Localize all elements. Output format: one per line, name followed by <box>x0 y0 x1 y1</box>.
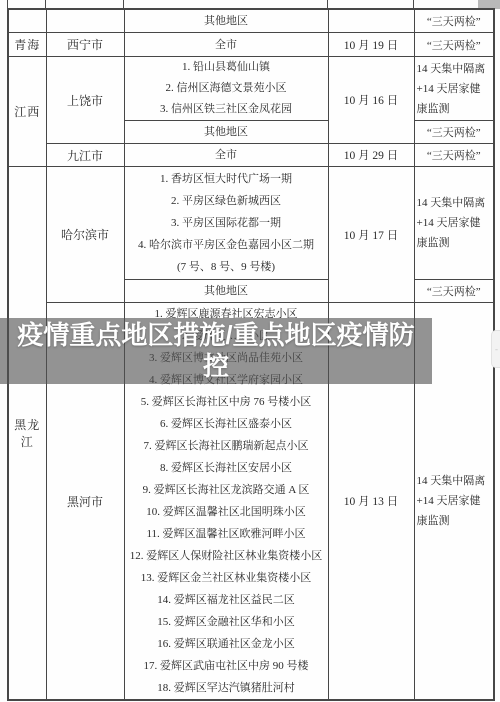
area-line: 4. 哈尔滨市平房区金色嘉园小区二期 <box>125 234 328 256</box>
measure-line: 康监测 <box>415 99 494 119</box>
cell-area: 其他地区 <box>124 280 328 303</box>
area-line: 15. 爱辉区金融社区华和小区 <box>125 611 328 633</box>
measure-line: +14 天居家健 <box>415 491 494 511</box>
area-line: 其他地区 <box>125 280 328 302</box>
cell-province <box>8 9 46 33</box>
cell-city: 九江市 <box>46 144 124 167</box>
table-row: 江西上饶市1. 铅山县葛仙山镇2. 信州区海德文景苑小区3. 信州区铁三社区金凤… <box>8 57 494 121</box>
measure-line: 康监测 <box>415 233 494 253</box>
cell-measure: “三天两检” <box>414 121 494 144</box>
cell-city: 西宁市 <box>46 33 124 57</box>
table-row: 九江市全市10 月 29 日“三天两检” <box>8 144 494 167</box>
area-line: 11. 爱辉区温馨社区欧雅河畔小区 <box>125 523 328 545</box>
page-title: 疫情重点地区措施/重点地区疫情防控 <box>9 320 423 382</box>
measure-line: 康监测 <box>415 511 494 531</box>
cell-area: 1. 铅山县葛仙山镇2. 信州区海德文景苑小区3. 信州区铁三社区金凤花园 <box>124 57 328 121</box>
measure-line: 14 天集中隔离 <box>415 193 494 213</box>
area-line: 12. 爱辉区人保财险社区林业集资楼小区 <box>125 545 328 567</box>
measure-line: +14 天居家健 <box>415 79 494 99</box>
area-line: 其他地区 <box>125 121 328 143</box>
area-line: 17. 爱辉区武庙屯社区中房 90 号楼 <box>125 655 328 677</box>
measure-line: +14 天居家健 <box>415 213 494 233</box>
cell-area: 全市 <box>124 33 328 57</box>
cell-province: 黑龙江 <box>8 167 46 701</box>
cell-date: 10 月 16 日 <box>328 57 414 144</box>
area-line: 8. 爱辉区长海社区安居小区 <box>125 457 328 479</box>
measure-line: 14 天集中隔离 <box>415 471 494 491</box>
area-line: 3. 信州区铁三社区金凤花园 <box>125 99 328 120</box>
area-line: 其他地区 <box>125 10 328 32</box>
cell-date <box>328 9 414 33</box>
document-page: 其他地区“三天两检”青海西宁市全市10 月 19 日“三天两检”江西上饶市1. … <box>0 0 500 702</box>
area-line: 全市 <box>125 144 328 166</box>
table-row: 黑龙江哈尔滨市1. 香坊区恒大时代广场一期2. 平房区绿色新城西区3. 平房区国… <box>8 167 494 280</box>
cell-city: 哈尔滨市 <box>46 167 124 303</box>
area-line: 1. 铅山县葛仙山镇 <box>125 57 328 78</box>
area-line: 13. 爱辉区金兰社区林业集资楼小区 <box>125 567 328 589</box>
area-line: 5. 爱辉区长海社区中房 76 号楼小区 <box>125 391 328 413</box>
cell-area: 其他地区 <box>124 121 328 144</box>
area-line: 6. 爱辉区长海社区盛泰小区 <box>125 413 328 435</box>
side-handle[interactable]: - <box>491 330 500 368</box>
measure-line: 14 天集中隔离 <box>415 59 494 79</box>
cell-city: 上饶市 <box>46 57 124 144</box>
table-row: 其他地区“三天两检” <box>8 9 494 33</box>
area-line: 2. 信州区海德文景苑小区 <box>125 78 328 99</box>
area-line: 16. 爱辉区联通社区金龙小区 <box>125 633 328 655</box>
area-line: 9. 爱辉区长海社区龙滨路交通 A 区 <box>125 479 328 501</box>
area-line: 2. 平房区绿色新城西区 <box>125 190 328 212</box>
cell-measure: 14 天集中隔离+14 天居家健康监测 <box>414 57 494 121</box>
cell-area: 全市 <box>124 144 328 167</box>
area-line: 18. 爱辉区罕达汽镇猪肚河村 <box>125 677 328 699</box>
cell-city <box>46 9 124 33</box>
cell-province: 江西 <box>8 57 46 167</box>
cell-area: 其他地区 <box>124 9 328 33</box>
cell-province: 青海 <box>8 33 46 57</box>
cell-measure: “三天两检” <box>414 33 494 57</box>
minus-icon: - <box>495 344 498 354</box>
area-line: (7 号、8 号、9 号楼) <box>125 256 328 278</box>
cell-measure: 14 天集中隔离+14 天居家健康监测 <box>414 167 494 280</box>
cell-measure: “三天两检” <box>414 9 494 33</box>
cell-measure: “三天两检” <box>414 280 494 303</box>
table-row: 青海西宁市全市10 月 19 日“三天两检” <box>8 33 494 57</box>
cell-date: 10 月 17 日 <box>328 167 414 303</box>
cell-date: 10 月 19 日 <box>328 33 414 57</box>
cell-area: 1. 香坊区恒大时代广场一期2. 平房区绿色新城西区3. 平房区国际花都一期4.… <box>124 167 328 280</box>
area-line: 10. 爱辉区温馨社区北国明珠小区 <box>125 501 328 523</box>
area-line: 1. 香坊区恒大时代广场一期 <box>125 168 328 190</box>
title-overlay: 疫情重点地区措施/重点地区疫情防控 <box>0 318 432 384</box>
cell-measure: “三天两检” <box>414 144 494 167</box>
area-line: 7. 爱辉区长海社区鹏瑞新起点小区 <box>125 435 328 457</box>
cell-date: 10 月 29 日 <box>328 144 414 167</box>
area-line: 14. 爱辉区福龙社区益民二区 <box>125 589 328 611</box>
area-line: 全市 <box>125 34 328 56</box>
area-line: 3. 平房区国际花都一期 <box>125 212 328 234</box>
